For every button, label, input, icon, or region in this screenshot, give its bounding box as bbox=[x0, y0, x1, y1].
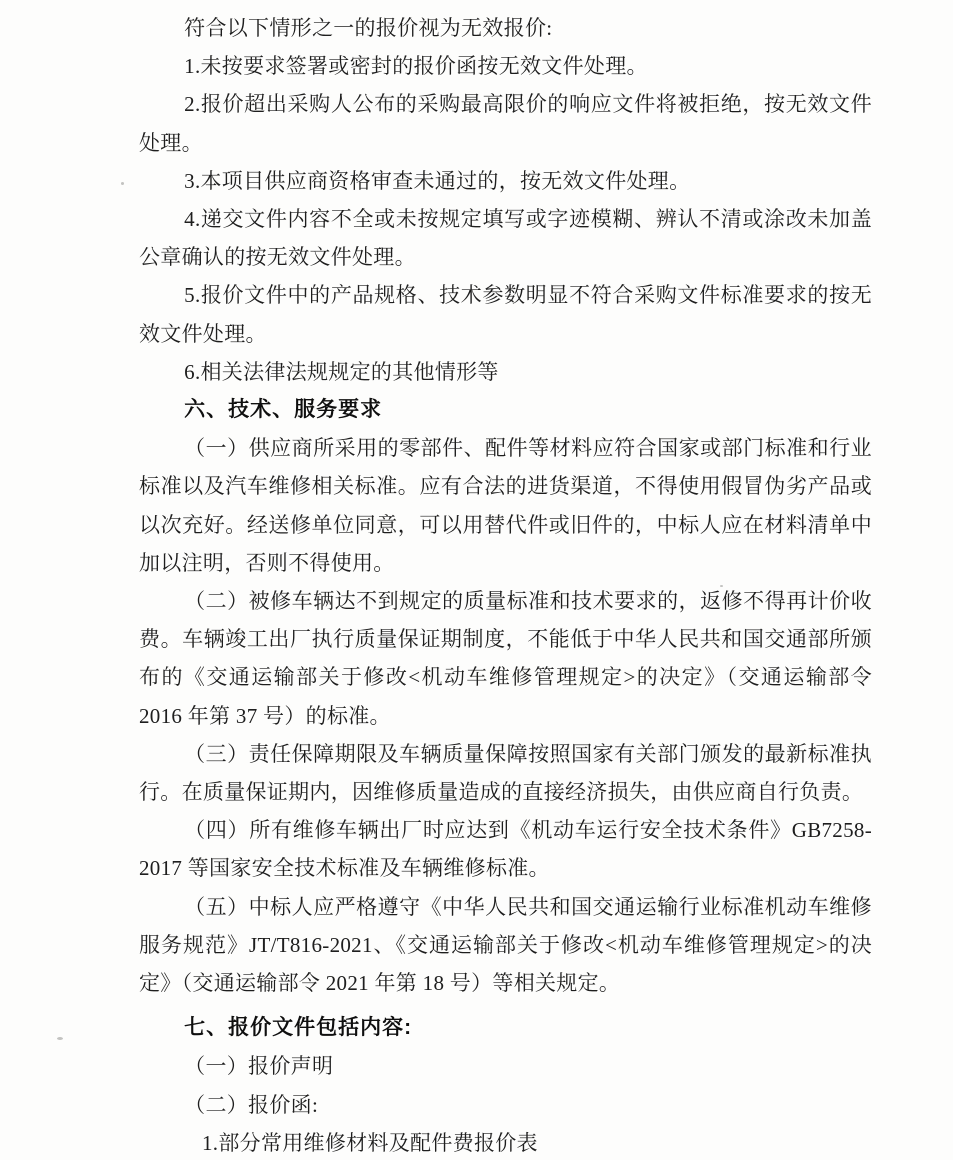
paragraph: （四）所有维修车辆出厂时应达到《机动车运行安全技术条件》GB7258-2017 … bbox=[139, 811, 872, 887]
section-heading-7: 七、报价文件包括内容: bbox=[139, 1009, 872, 1047]
paragraph: （一）供应商所采用的零部件、配件等材料应符合国家或部门标准和行业标准以及汽车维修… bbox=[139, 429, 872, 582]
scan-speckle bbox=[720, 585, 723, 587]
paragraph: 2.报价超出采购人公布的采购最高限价的响应文件将被拒绝，按无效文件处理。 bbox=[139, 85, 872, 161]
paragraph: （二）报价函: bbox=[139, 1086, 872, 1124]
section-heading-6: 六、技术、服务要求 bbox=[139, 391, 872, 429]
paragraph: 符合以下情形之一的报价视为无效报价: bbox=[139, 9, 872, 47]
paragraph: 3.本项目供应商资格审查未通过的，按无效文件处理。 bbox=[139, 162, 872, 200]
scan-speckle bbox=[121, 182, 124, 185]
paragraph: （三）责任保障期限及车辆质量保障按照国家有关部门颁发的最新标准执行。在质量保证期… bbox=[139, 735, 872, 811]
paragraph: 6.相关法律法规规定的其他情形等 bbox=[139, 353, 872, 391]
paragraph: 1.部分常用维修材料及配件费报价表 bbox=[139, 1124, 872, 1160]
paragraph: （一）报价声明 bbox=[139, 1047, 872, 1085]
paragraph: 4.递交文件内容不全或未按规定填写或字迹模糊、辨认不清或涂改未加盖公章确认的按无… bbox=[139, 200, 872, 276]
scan-speckle bbox=[57, 1037, 63, 1040]
paragraph: （五）中标人应严格遵守《中华人民共和国交通运输行业标准机动车维修服务规范》JT/… bbox=[139, 888, 872, 1003]
paragraph: 1.未按要求签署或密封的报价函按无效文件处理。 bbox=[139, 47, 872, 85]
document-page: 符合以下情形之一的报价视为无效报价: 1.未按要求签署或密封的报价函按无效文件处… bbox=[139, 9, 872, 1160]
paragraph: （二）被修车辆达不到规定的质量标准和技术要求的，返修不得再计价收费。车辆竣工出厂… bbox=[139, 582, 872, 735]
paragraph: 5.报价文件中的产品规格、技术参数明显不符合采购文件标准要求的按无效文件处理。 bbox=[139, 276, 872, 352]
